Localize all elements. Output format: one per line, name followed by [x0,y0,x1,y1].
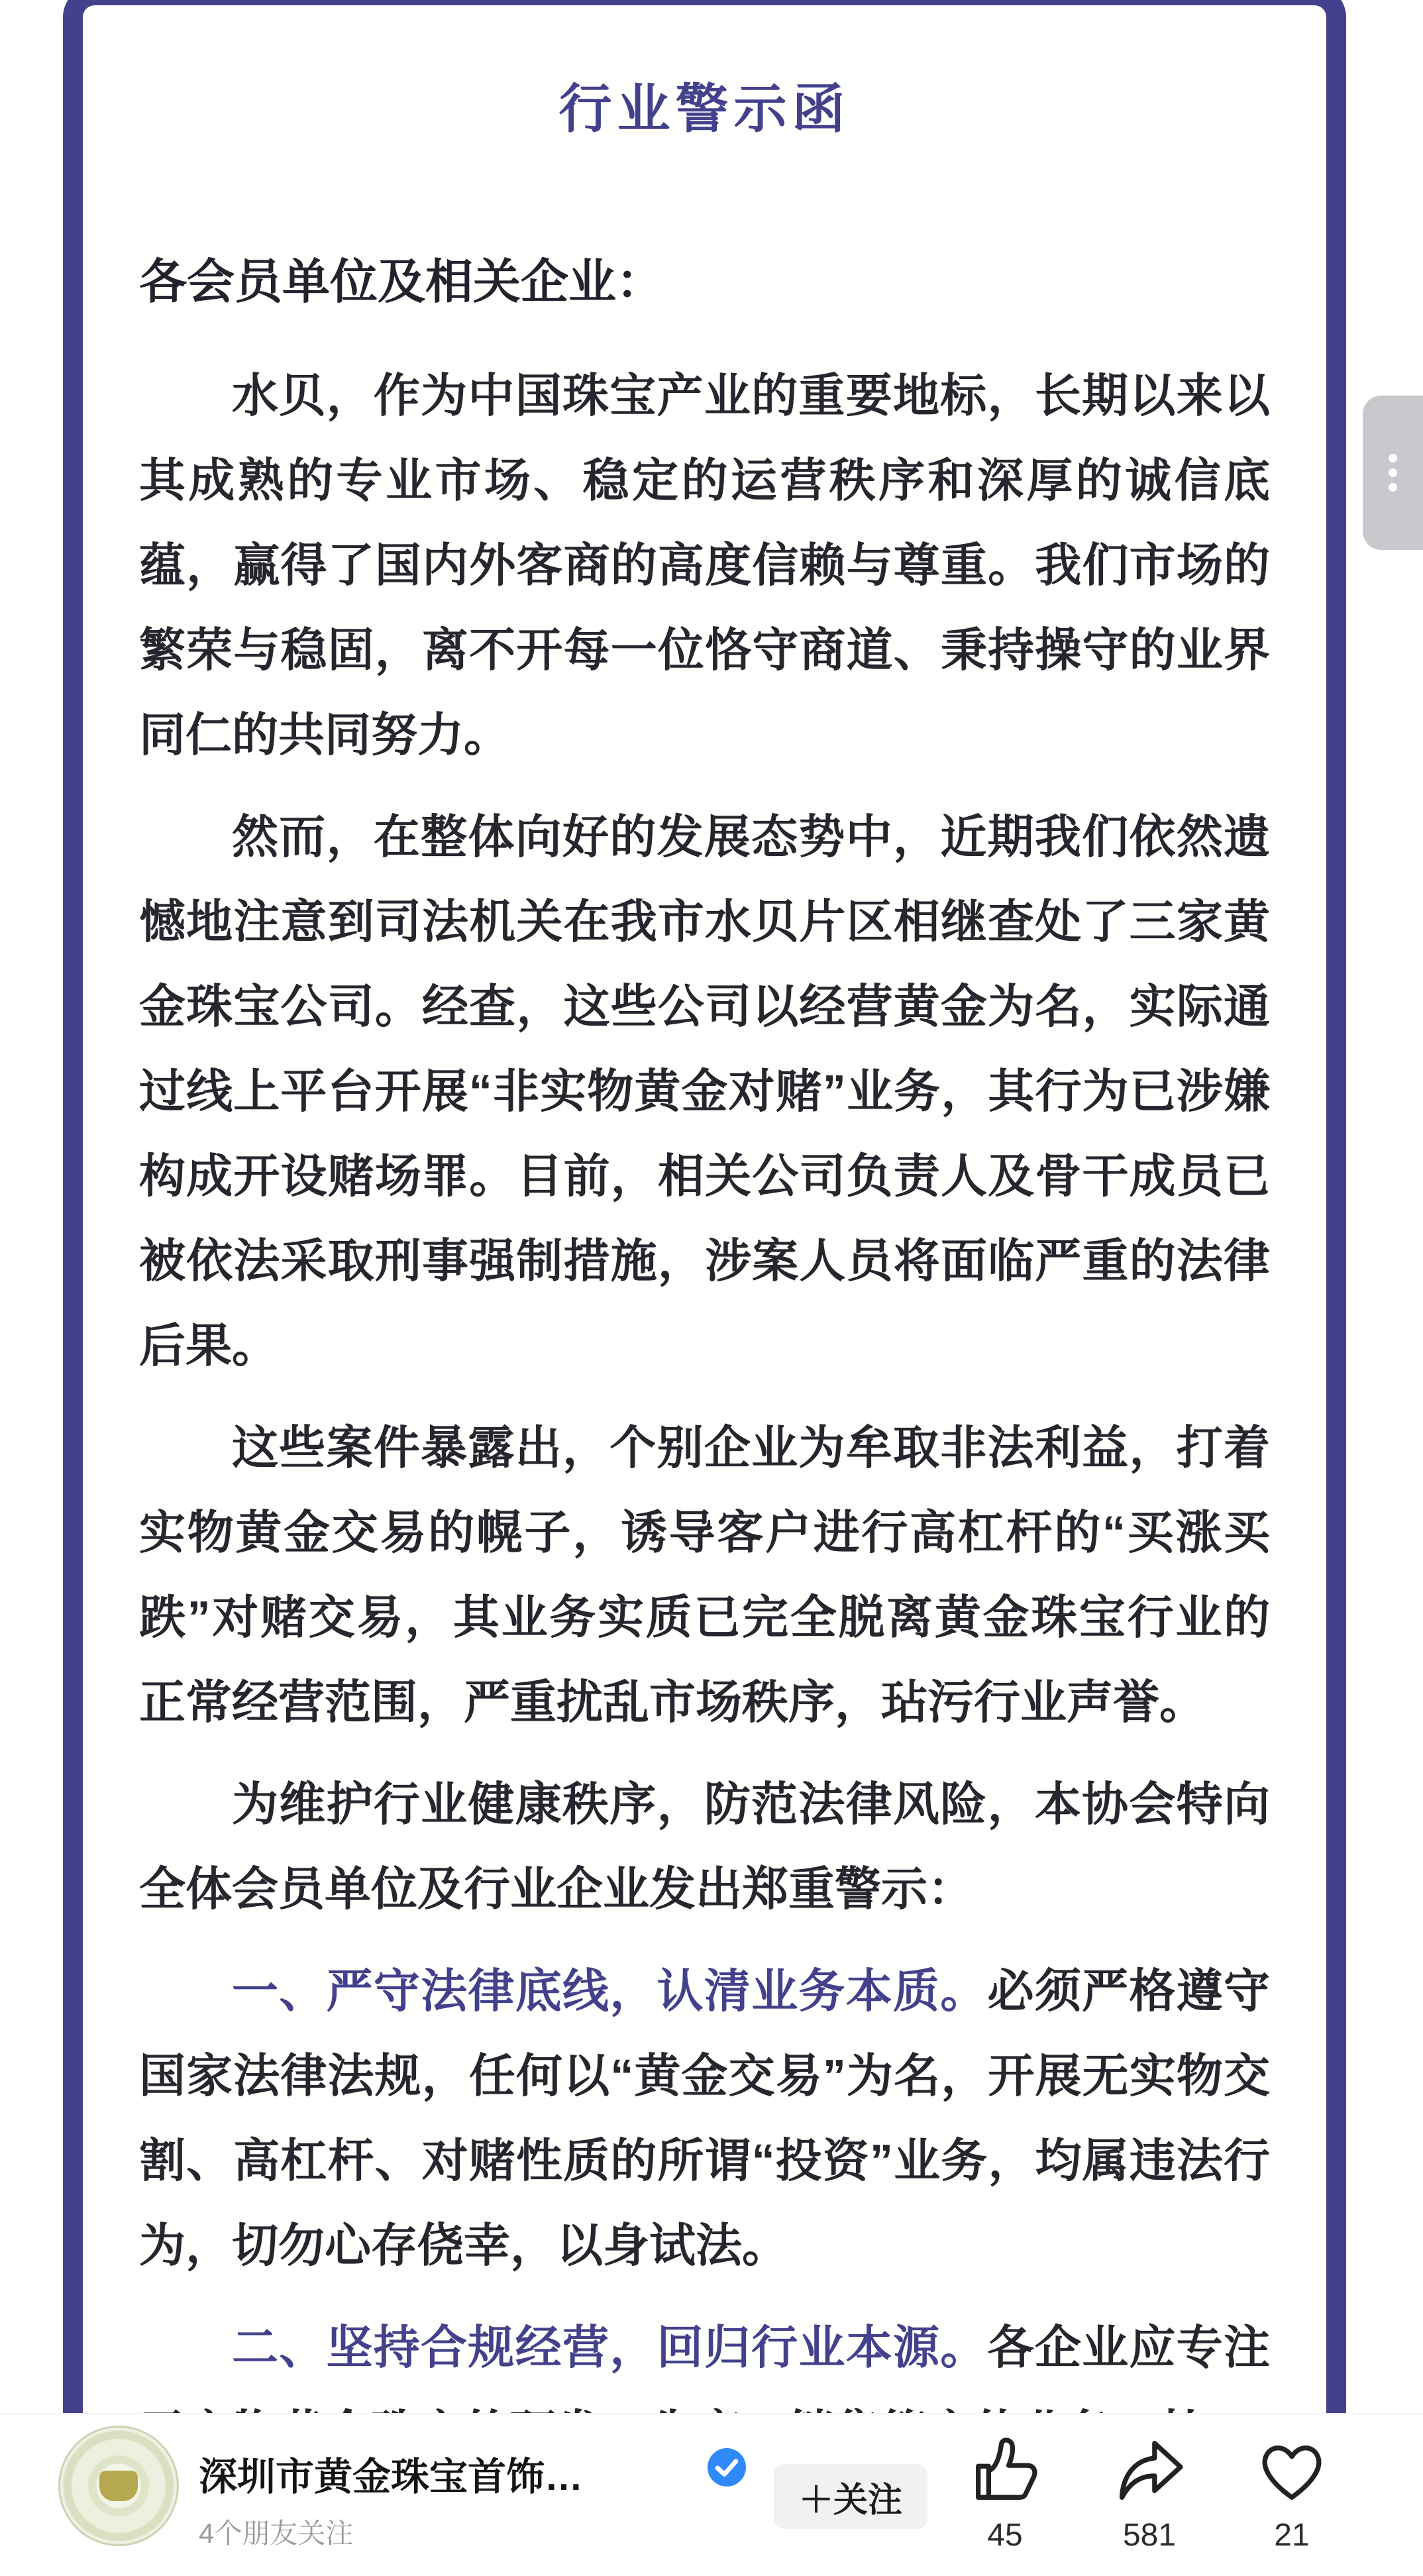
paragraph-4-text: 为维护行业健康秩序，防范法律风险，本协会特向全体会员单位及行业企业发出郑重警示： [139,1778,1270,1915]
warning-letter-card: 行业警示函 各会员单位及相关企业： 水贝，作为中国珠宝产业的重要地标，长期以来以… [63,0,1346,2413]
paragraph-2: 然而，在整体向好的发展态势中，近期我们依然遗憾地注意到司法机关在我市水贝片区相继… [139,794,1270,1388]
paragraph-1: 水贝，作为中国珠宝产业的重要地标，长期以来以其成熟的专业市场、稳定的运营秩序和深… [139,353,1270,777]
warning-item-1: 一、严守法律底线，认清业务本质。必须严格遵守国家法律法规，任何以“黄金交易”为名… [139,1949,1270,2288]
salutation: 各会员单位及相关企业： [139,243,1270,312]
heart-icon[interactable] [1255,2434,1329,2508]
paragraph-2-text: 然而，在整体向好的发展态势中，近期我们依然遗憾地注意到司法机关在我市水贝片区相继… [139,811,1270,1371]
warning-item-1-lead: 一、严守法律底线，认清业务本质。 [232,1965,988,2017]
friends-follow-note: 4个朋友关注 [199,2512,353,2551]
follow-button[interactable]: ＋关注 [774,2464,927,2529]
handle-dot [1389,468,1397,477]
account-avatar[interactable] [58,2426,179,2546]
favorite-count: 21 [1274,2517,1309,2553]
share-count: 581 [1123,2517,1176,2553]
avatar-seal-emblem [99,2471,138,2501]
share-arrow-icon[interactable] [1112,2434,1186,2508]
favorite-action: 21 [1242,2434,1342,2553]
handle-dot [1389,483,1397,492]
article-image[interactable]: 行业警示函 各会员单位及相关企业： 水贝，作为中国珠宝产业的重要地标，长期以来以… [0,0,1423,2413]
paragraph-3-text: 这些案件暴露出，个别企业为牟取非法利益，打着实物黄金交易的幌子，诱导客户进行高杠… [139,1422,1270,1728]
like-count: 45 [987,2517,1022,2553]
handle-dot [1389,454,1397,462]
screen: 行业警示函 各会员单位及相关企业： 水贝，作为中国珠宝产业的重要地标，长期以来以… [0,0,1423,2576]
document-title: 行业警示函 [139,66,1270,142]
warning-item-2-lead: 二、坚持合规经营，回归行业本源。 [232,2322,988,2373]
like-action: 45 [955,2434,1055,2553]
verified-badge-icon [708,2448,746,2487]
paragraph-4: 为维护行业健康秩序，防范法律风险，本协会特向全体会员单位及行业企业发出郑重警示： [139,1762,1270,1931]
thumbs-up-icon[interactable] [968,2434,1042,2508]
paragraph-3: 这些案件暴露出，个别企业为牟取非法利益，打着实物黄金交易的幌子，诱导客户进行高杠… [139,1405,1270,1744]
share-action: 581 [1100,2434,1199,2553]
warning-letter-content: 行业警示函 各会员单位及相关企业： 水贝，作为中国珠宝产业的重要地标，长期以来以… [83,66,1326,2413]
footer-bar: 深圳市黄金珠宝首饰… 4个朋友关注 ＋关注 45 581 [0,2413,1423,2576]
account-name[interactable]: 深圳市黄金珠宝首饰… [199,2445,583,2501]
floating-handle[interactable] [1363,396,1423,550]
warning-item-2: 二、坚持合规经营，回归行业本源。各企业应专注于实物黄金珠宝的研发、生产、销售等实… [139,2305,1270,2413]
paragraph-1-text: 水贝，作为中国珠宝产业的重要地标，长期以来以其成熟的专业市场、稳定的运营秩序和深… [139,370,1270,761]
